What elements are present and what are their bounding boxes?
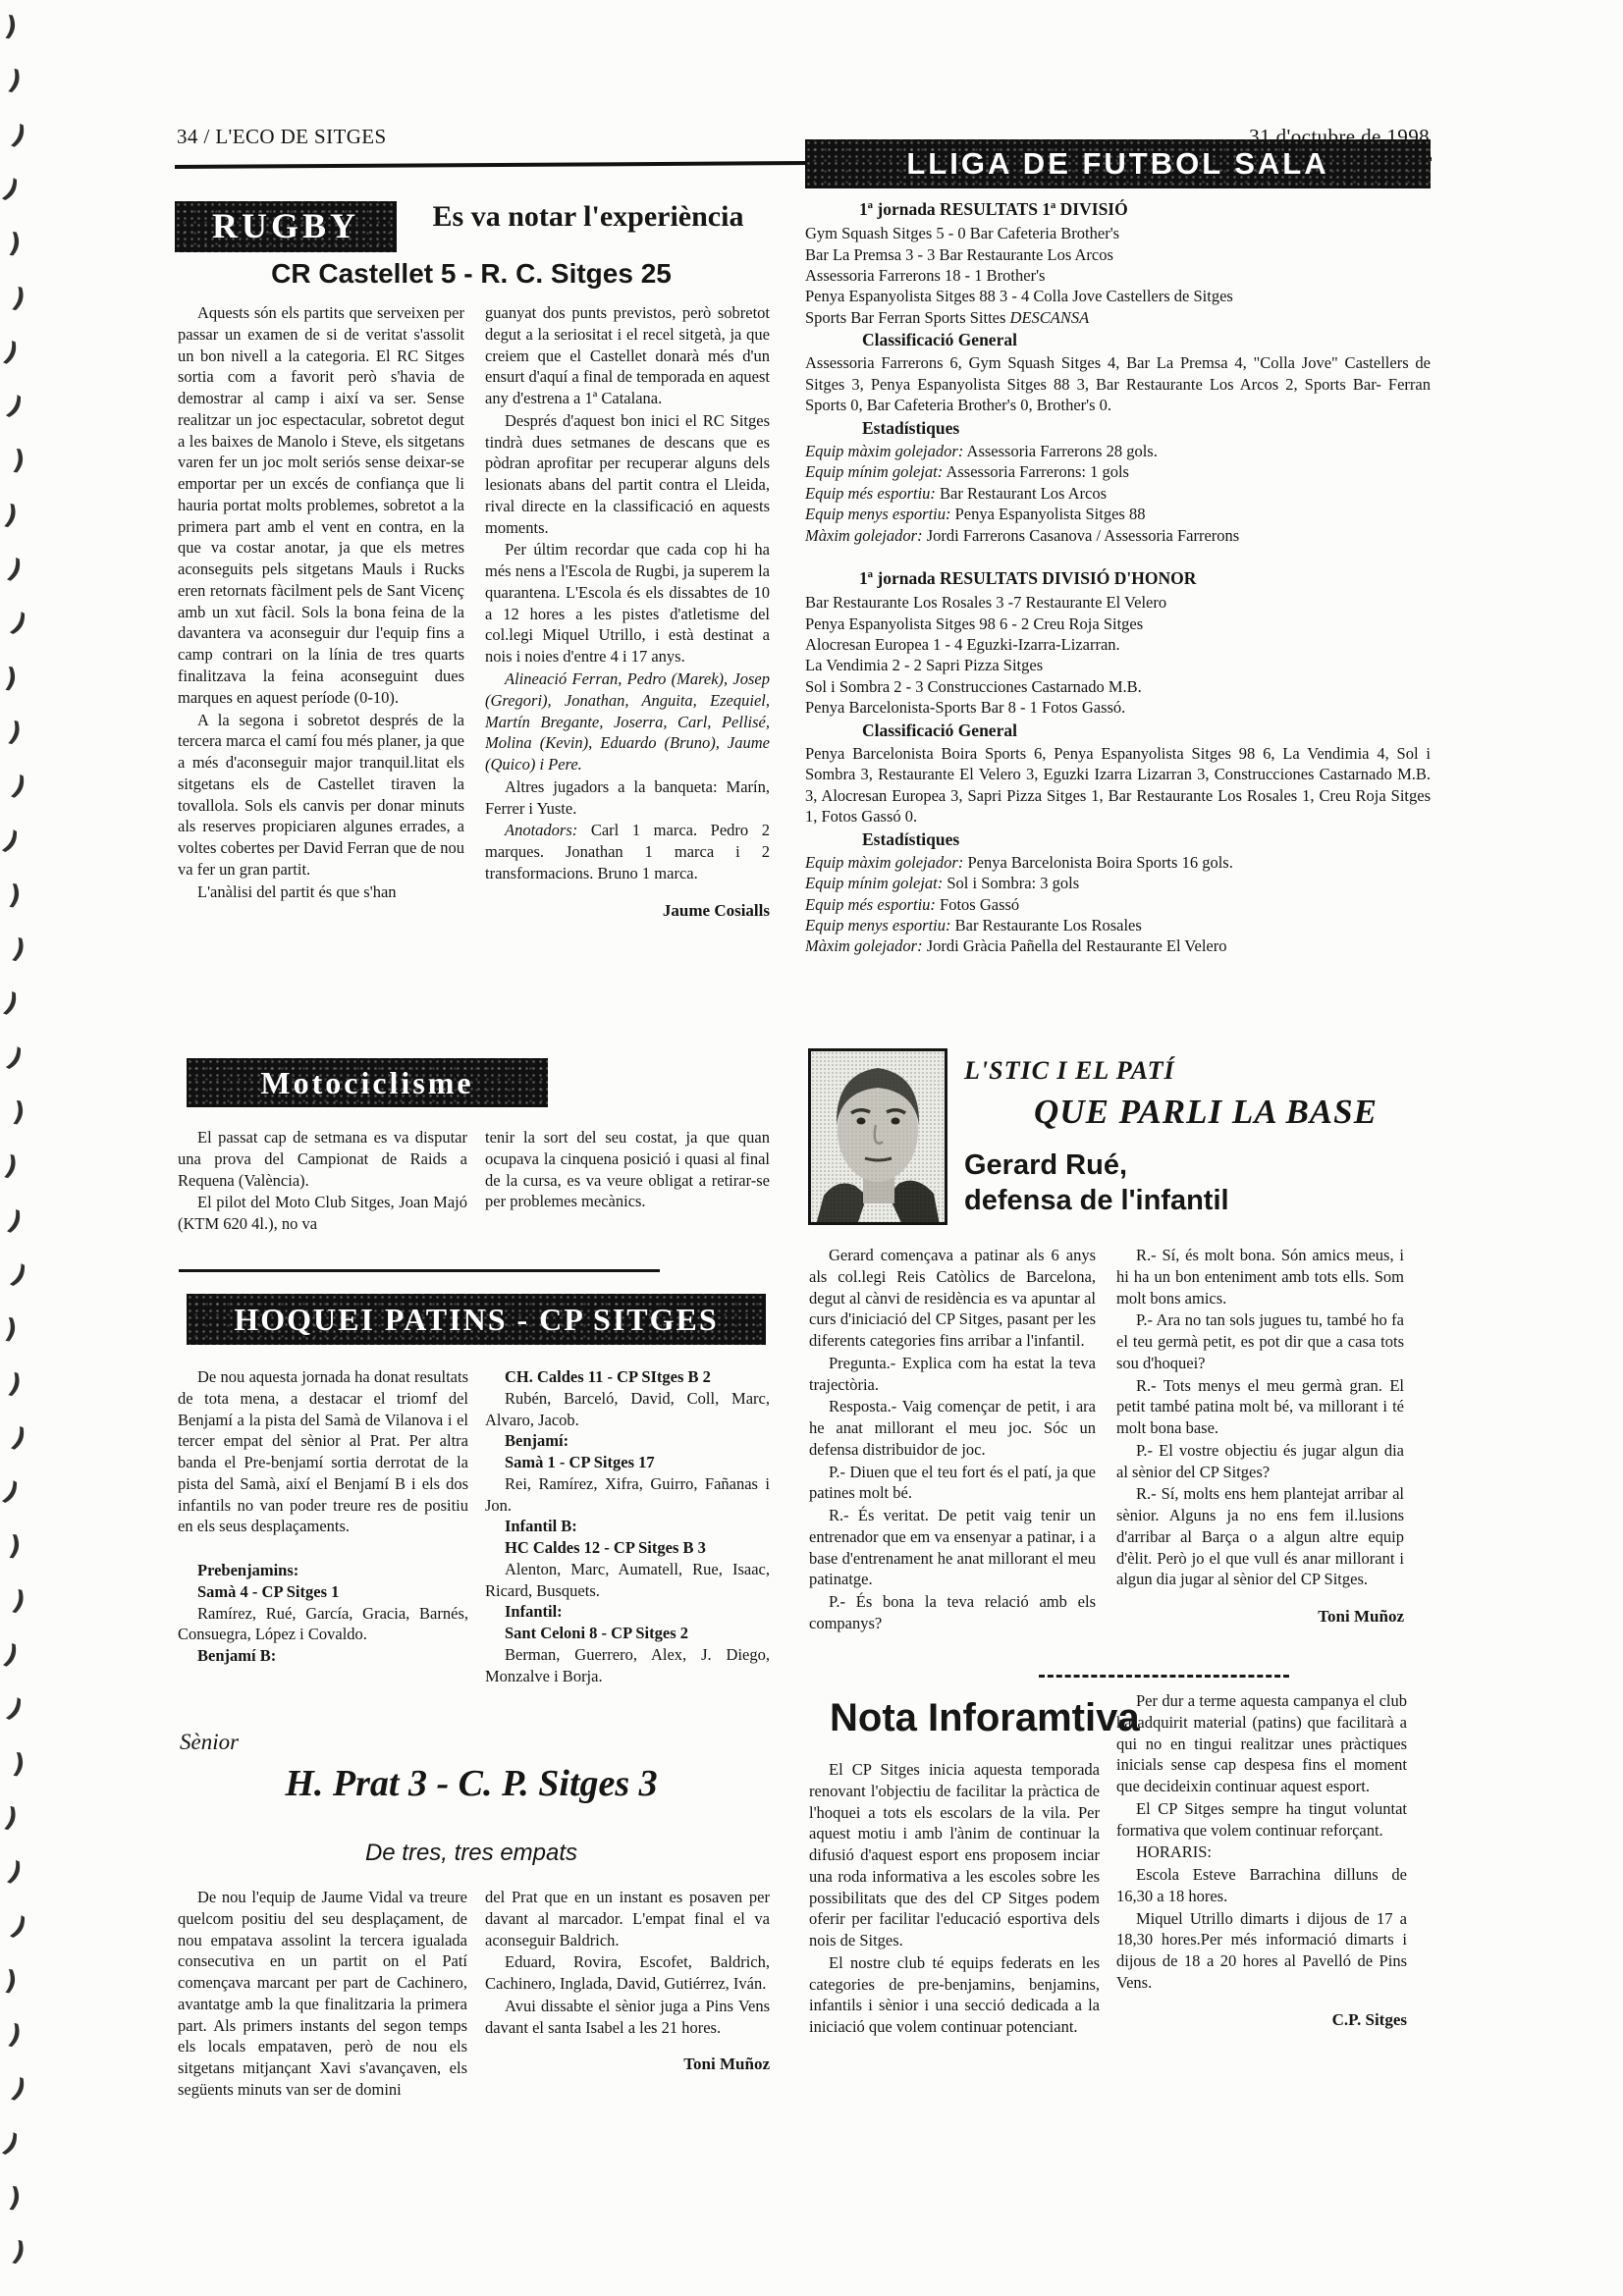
nota-column-2: Per dur a terme aquesta campanya el club… — [1116, 1690, 1407, 2031]
nota-column-2-text: Per dur a terme aquesta campanya el club… — [1116, 1690, 1407, 1994]
result-line: Penya Barcelonista-Sports Bar 8 - 1 Foto… — [805, 697, 1431, 718]
binding-mark: ) — [3, 1963, 20, 2000]
rugby-paragraph: A la segona i sobretot després de la ter… — [178, 710, 464, 881]
rugby-scoreline: CR Castellet 5 - R. C. Sitges 25 — [177, 256, 766, 293]
senior-subhead: De tres, tres empats — [177, 1838, 766, 1869]
interview-paragraph: R.- Sí, molts ens hem plantejat arribar … — [1116, 1483, 1404, 1590]
motociclisme-bottom-rule — [179, 1269, 660, 1272]
binding-mark: ) — [3, 1854, 27, 1892]
stat-line: Equip menys esportiu: Bar Restaurante Lo… — [805, 915, 1431, 935]
stat-line: Màxim golejador: Jordi Farrerons Casanov… — [805, 525, 1431, 546]
binding-mark: ) — [3, 9, 20, 45]
moto-paragraph: tenir la sort del seu costat, ja que qua… — [485, 1127, 770, 1212]
hoquei-kicker: HOQUEI PATINS - CP SITGES — [187, 1294, 766, 1345]
interview-column-2: R.- Sí, és molt bona. Són amics meus, i … — [1116, 1245, 1404, 1629]
binding-mark: ) — [9, 932, 29, 969]
moto-paragraph: El passat cap de setmana es va disputar … — [178, 1127, 467, 1191]
hoquei-line: Ramírez, Rué, García, Gracia, Barnés, Co… — [178, 1603, 468, 1646]
hoquei-line: Rubén, Barceló, David, Coll, Marc, Alvar… — [485, 1388, 770, 1431]
honor-classificacio: Penya Barcelonista Boira Sports 6, Penya… — [805, 743, 1431, 828]
binding-mark: ) — [0, 172, 25, 208]
binding-mark: ) — [5, 1366, 26, 1404]
nota-column-1: El CP Sitges inicia aquesta temporada re… — [809, 1759, 1100, 2039]
binding-mark: ) — [3, 552, 27, 589]
result-line: Sol i Sombra 2 - 3 Construcciones Castar… — [805, 676, 1431, 697]
hoquei-intro: De nou aquesta jornada ha donat resultat… — [178, 1366, 468, 1537]
motociclisme-column-2: tenir la sort del seu costat, ja que qua… — [485, 1127, 770, 1213]
division1-stats: Equip màxim golejador: Assessoria Farrer… — [805, 441, 1431, 546]
nota-paragraph: El CP Sitges sempre ha tingut voluntat f… — [1116, 1798, 1407, 1842]
honor-stats: Equip màxim golejador: Penya Barcelonist… — [805, 852, 1431, 957]
honor-classificacio-title: Classificació General — [805, 720, 1431, 742]
binding-mark: ) — [7, 2071, 31, 2109]
nota-paragraph: Per dur a terme aquesta campanya el club… — [1116, 1690, 1407, 1797]
senior-label: Sènior — [180, 1728, 239, 1757]
interview-paragraph: P.- El vostre objectiu és jugar algun di… — [1116, 1440, 1404, 1483]
stat-line-label: Equip mínim golejat: — [805, 462, 943, 481]
binding-mark: ) — [7, 227, 24, 263]
nota-paragraph: El CP Sitges inicia aquesta temporada re… — [809, 1759, 1100, 1951]
senior-paragraph: Eduard, Rovira, Escofet, Baldrich, Cachi… — [485, 1951, 770, 1995]
hoquei-line: Samà 1 - CP Sitges 17 — [485, 1452, 770, 1473]
nota-title: Nota Inforamtiva — [830, 1692, 1140, 1744]
stat-line-label: Equip més esportiu: — [805, 484, 936, 503]
interview-paragraph: Pregunta.- Explica com ha estat la teva … — [809, 1353, 1096, 1396]
honor-title: 1ª jornada RESULTATS DIVISIÓ D'HONOR — [805, 567, 1431, 590]
interview-subject-name: Gerard Rué, — [964, 1147, 1127, 1184]
binding-mark: ) — [11, 1095, 27, 1131]
interview-paragraph: Resposta.- Vaig començar de petit, i ara… — [809, 1396, 1096, 1460]
result-line: Bar La Premsa 3 - 3 Bar Restaurante Los … — [805, 244, 1431, 265]
stat-line-label: Equip màxim golejador: — [805, 853, 963, 872]
rugby-paragraph: Aquests són els partits que serveixen pe… — [178, 302, 464, 709]
binding-mark: ) — [1, 1692, 28, 1729]
motociclisme-kicker: Motociclisme — [187, 1058, 548, 1107]
binding-mark: ) — [0, 1637, 24, 1675]
division1-classificacio: Assessoria Farrerons 6, Gym Squash Sitge… — [805, 352, 1431, 415]
motociclisme-column-1: El passat cap de setmana es va disputar … — [178, 1127, 467, 1236]
binding-mark: ) — [3, 661, 20, 697]
rugby-paragraph: L'anàlisi del partit és que s'han — [178, 881, 464, 903]
stat-line: Equip màxim golejador: Penya Barcelonist… — [805, 852, 1431, 873]
newspaper-page: ))))))))))))))))))))))))))))))))))))))))… — [0, 0, 1623, 2296]
nota-paragraph: Escola Esteve Barrachina dilluns de 16,3… — [1116, 1864, 1407, 1907]
honor-results: Bar Restaurante Los Rosales 3 -7 Restaur… — [805, 592, 1431, 719]
binding-mark: ) — [0, 1474, 25, 1511]
binding-mark: ) — [7, 1420, 31, 1458]
binding-mark: ) — [0, 986, 24, 1023]
hoquei-line: Infantil: — [485, 1601, 770, 1623]
rugby-column-1: Aquests són els partits que serveixen pe… — [178, 302, 464, 903]
rugby-paragraph: Després d'aquest bon inici el RC Sitges … — [485, 410, 770, 539]
stat-line-label: Màxim golejador: — [805, 936, 923, 955]
binding-mark: ) — [1, 1800, 22, 1838]
rugby-paragraph: Alineació Ferran, Pedro (Marek), Josep (… — [485, 668, 770, 775]
binding-mark: ) — [9, 2234, 29, 2271]
binding-mark: ) — [11, 444, 27, 480]
rugby-column-2-text: guanyat dos punts previstos, però sobret… — [485, 302, 770, 884]
binding-mark: ) — [7, 118, 31, 155]
dashed-separator — [1039, 1675, 1289, 1678]
interview-title: QUE PARLI LA BASE — [990, 1090, 1422, 1135]
binding-mark: ) — [7, 769, 31, 806]
hoquei-line: Alenton, Marc, Aumatell, Rue, Isaac, Ric… — [485, 1559, 770, 1602]
binding-mark: ) — [9, 281, 29, 318]
futbol-sala-section: LLIGA DE FUTBOL SALA 1ª jornada RESULTAT… — [805, 139, 1431, 957]
stat-line: Equip més esportiu: Bar Restaurant Los A… — [805, 483, 1431, 504]
hoquei-line: Prebenjamins: — [178, 1560, 468, 1581]
binding-mark: ) — [7, 2180, 24, 2216]
senior-byline: Toni Muñoz — [485, 2054, 770, 2075]
futbol-sala-kicker-label: LLIGA DE FUTBOL SALA — [906, 144, 1328, 185]
rugby-byline: Jaume Cosialls — [485, 900, 770, 922]
interview-byline: Toni Muñoz — [1116, 1606, 1404, 1628]
binding-mark: ) — [5, 715, 26, 752]
portrait-photo — [808, 1048, 947, 1225]
rugby-paragraph-label: Anotadors: — [505, 821, 577, 839]
page-number-title: 34 / L'ECO DE SITGES — [177, 124, 387, 151]
hoquei-line: Samà 4 - CP Sitges 1 — [178, 1581, 468, 1603]
binding-mark: ) — [0, 824, 25, 860]
rugby-paragraph: Altres jugadors a la banqueta: Marín, Fe… — [485, 776, 770, 820]
moto-paragraph: El pilot del Moto Club Sitges, Joan Majó… — [178, 1192, 467, 1235]
interview-paragraph: P.- Diuen que el teu fort és el patí, ja… — [809, 1462, 1096, 1505]
interview-column-1: Gerard començava a patinar als 6 anys al… — [809, 1245, 1096, 1635]
hoquei-column-2: CH. Caldes 11 - CP SItges B 2Rubén, Barc… — [485, 1366, 770, 1686]
stat-line: Equip màxim golejador: Assessoria Farrer… — [805, 441, 1431, 461]
hoquei-line: Benjamí B: — [178, 1645, 468, 1667]
result-line: Penya Espanyolista Sitges 88 3 - 4 Colla… — [805, 286, 1431, 306]
rugby-column-2: guanyat dos punts previstos, però sobret… — [485, 302, 770, 922]
interview-kicker: L'STIC I EL PATÍ — [964, 1054, 1175, 1088]
binding-mark: ) — [7, 1529, 24, 1566]
hoquei-line: Benjamí: — [485, 1430, 770, 1452]
stat-line-label: Equip màxim golejador: — [805, 442, 963, 460]
division1-results: Gym Squash Sitges 5 - 0 Bar Cafeteria Br… — [805, 223, 1431, 328]
nota-byline: C.P. Sitges — [1116, 2009, 1407, 2031]
binding-mark: ) — [5, 63, 26, 100]
result-line: Sports Bar Ferran Sports Sittes DESCANSA — [805, 307, 1431, 328]
rugby-headline: Es va notar l'experiència — [401, 200, 776, 233]
interview-paragraph: Gerard començava a patinar als 6 anys al… — [809, 1245, 1096, 1352]
futbol-sala-kicker: LLIGA DE FUTBOL SALA — [805, 139, 1431, 188]
nota-paragraph: Miquel Utrillo dimarts i dijous de 17 a … — [1116, 1908, 1407, 1994]
stat-line: Equip mínim golejat: Sol i Sombra: 3 gol… — [805, 873, 1431, 893]
result-line: Alocresan Europea 1 - 4 Eguzki-Izarra-Li… — [805, 634, 1431, 655]
hoquei-column-1: De nou aquesta jornada ha donat resultat… — [178, 1366, 468, 1667]
binding-mark: ) — [5, 2017, 26, 2055]
stat-line: Màxim golejador: Jordi Gràcia Pañella de… — [805, 935, 1431, 956]
binding-mark: ) — [9, 1583, 29, 1621]
interview-paragraph: R.- Sí, és molt bona. Són amics meus, i … — [1116, 1245, 1404, 1308]
binding-mark: ) — [5, 607, 32, 643]
binding-mark: ) — [1, 389, 28, 425]
stat-line: Equip menys esportiu: Penya Espanyolista… — [805, 504, 1431, 524]
rugby-paragraph: guanyat dos punts previstos, però sobret… — [485, 302, 770, 409]
motociclisme-kicker-label: Motociclisme — [260, 1062, 473, 1103]
rugby-kicker-label: RUGBY — [212, 203, 359, 250]
interview-paragraph: P.- És bona la teva relació amb els comp… — [809, 1591, 1096, 1634]
nota-paragraph: El nostre club té equips federats en les… — [809, 1952, 1100, 2038]
rugby-section-kicker: RUGBY — [175, 201, 397, 252]
portrait-photo-image — [808, 1048, 947, 1225]
result-line: La Vendimia 2 - 2 Sapri Pizza Sitges — [805, 655, 1431, 675]
stat-line-label: Equip més esportiu: — [805, 895, 936, 914]
binding-mark: ) — [7, 878, 24, 914]
binding-mark: ) — [1, 498, 22, 535]
hoquei-line: Sant Celoni 8 - CP Sitges 2 — [485, 1623, 770, 1644]
senior-column-2-text: del Prat que en un instant es posaven pe… — [485, 1887, 770, 2038]
binding-mark: ) — [1, 1148, 22, 1186]
hoquei-line: HC Caldes 12 - CP Sitges B 3 — [485, 1537, 770, 1559]
stat-line-label: Equip menys esportiu: — [805, 505, 950, 523]
hoquei-kicker-label: HOQUEI PATINS - CP SITGES — [234, 1299, 718, 1340]
hoquei-line: Rei, Ramírez, Xifra, Guirro, Fañanas i J… — [485, 1473, 770, 1517]
senior-headline: H. Prat 3 - C. P. Sitges 3 — [177, 1759, 766, 1808]
hoquei-results-1: Prebenjamins:Samà 4 - CP Sitges 1Ramírez… — [178, 1560, 468, 1667]
binding-mark: ) — [1, 1041, 28, 1077]
interview-column-2-text: R.- Sí, és molt bona. Són amics meus, i … — [1116, 1245, 1404, 1590]
stat-line-label: Equip menys esportiu: — [805, 916, 950, 934]
division1-estadistiques-title: Estadístiques — [805, 417, 1431, 440]
honor-estadistiques-title: Estadístiques — [805, 828, 1431, 851]
interview-paragraph: R.- És veritat. De petit vaig tenir un e… — [809, 1505, 1096, 1590]
result-line: Assessoria Farrerons 18 - 1 Brother's — [805, 265, 1431, 286]
senior-column-2: del Prat que en un instant es posaven pe… — [485, 1887, 770, 2076]
result-line: Penya Espanyolista Sitges 98 6 - 2 Creu … — [805, 614, 1431, 634]
stat-line-label: Màxim golejador: — [805, 526, 923, 545]
division1-title: 1ª jornada RESULTATS 1ª DIVISIÓ — [805, 198, 1431, 221]
hoquei-line: Berman, Guerrero, Alex, J. Diego, Monzal… — [485, 1644, 770, 1687]
binding-mark: ) — [0, 335, 24, 372]
result-line: Bar Restaurante Los Rosales 3 -7 Restaur… — [805, 592, 1431, 613]
senior-paragraph: del Prat que en un instant es posaven pe… — [485, 1887, 770, 1950]
binding-mark: ) — [5, 1257, 32, 1294]
stat-line-label: Equip mínim golejat: — [805, 874, 943, 892]
interview-paragraph: P.- Ara no tan sols jugues tu, també ho … — [1116, 1309, 1404, 1373]
stat-line: Equip més esportiu: Fotos Gassó — [805, 894, 1431, 915]
binding-mark: ) — [3, 1203, 27, 1241]
hoquei-line: CH. Caldes 11 - CP SItges B 2 — [485, 1366, 770, 1388]
rugby-paragraph: Per últim recordar que cada cop hi ha mé… — [485, 539, 770, 667]
hoquei-gap — [178, 1538, 468, 1560]
interview-subject-role: defensa de l'infantil — [964, 1182, 1229, 1219]
division1-classificacio-title: Classificació General — [805, 329, 1431, 351]
binding-mark: ) — [11, 1746, 27, 1783]
stat-line: Equip mínim golejat: Assessoria Farreron… — [805, 461, 1431, 482]
binding-mark: ) — [0, 2126, 25, 2163]
senior-paragraph: De nou l'equip de Jaume Vidal va treure … — [178, 1887, 467, 2101]
hoquei-line: Infantil B: — [485, 1516, 770, 1537]
nota-paragraph: HORARIS: — [1116, 1842, 1407, 1863]
interview-paragraph: R.- Tots menys el meu germà gran. El pet… — [1116, 1375, 1404, 1439]
rugby-paragraph: Anotadors: Carl 1 marca. Pedro 2 marques… — [485, 820, 770, 883]
senior-column-1: De nou l'equip de Jaume Vidal va treure … — [178, 1887, 467, 2102]
binding-mark: ) — [5, 1909, 32, 1946]
result-line: Gym Squash Sitges 5 - 0 Bar Cafeteria Br… — [805, 223, 1431, 243]
senior-paragraph: Avui dissabte el sènior juga a Pins Vens… — [485, 1996, 770, 2039]
binding-mark: ) — [3, 1312, 20, 1349]
